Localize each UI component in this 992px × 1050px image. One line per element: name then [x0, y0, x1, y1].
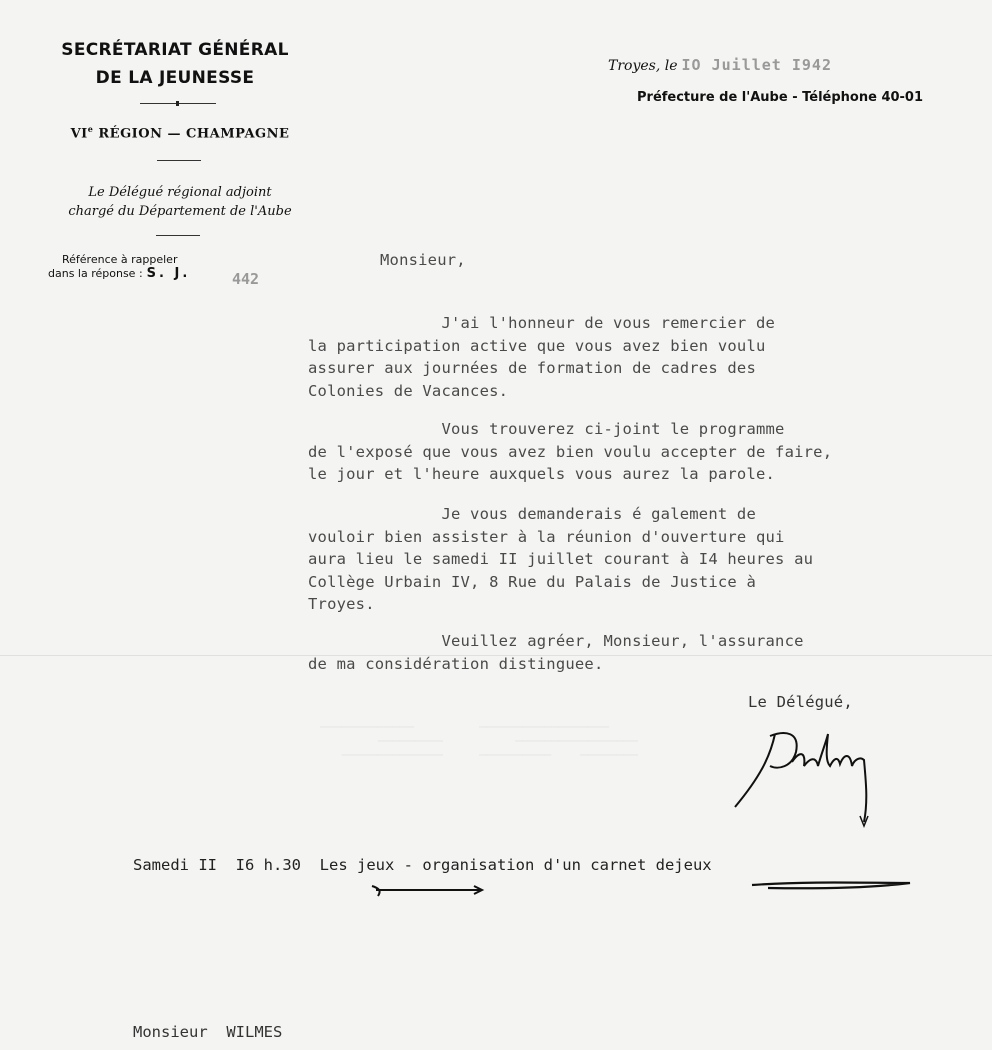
program-time: I6 h.30 — [236, 856, 301, 874]
letterhead-region: VIe RÉGION — CHAMPAGNE — [40, 124, 320, 141]
reference-label-line-1: Référence à rappeler — [48, 253, 190, 267]
letter-date: IO Juillet I942 — [682, 56, 832, 74]
letterhead-organization: SECRÉTARIAT GÉNÉRAL DE LA JEUNESSE — [40, 36, 310, 92]
recipient: Monsieur WILMES — [133, 1023, 282, 1041]
salutation: Monsieur, — [380, 249, 466, 272]
reference-block: Référence à rappeler dans la réponse :S.… — [48, 253, 190, 281]
delegue-line-2: chargé du Département de l'Aube — [40, 202, 320, 221]
program-line: Samedi II I6 h.30 Les jeux - organisatio… — [133, 856, 712, 874]
ornament-divider — [156, 235, 200, 236]
paragraph-programme: Vous trouverez ci-joint le programme de … — [308, 418, 832, 486]
paragraph-closing: Veuillez agréer, Monsieur, l'assurance d… — [308, 630, 804, 675]
reference-number: 442 — [232, 270, 259, 288]
paragraph-meeting: Je vous demanderais é galement de vouloi… — [308, 503, 813, 616]
reference-code: S. J. — [147, 266, 191, 281]
prefecture-line: Préfecture de l'Aube - Téléphone 40-01 — [637, 90, 923, 105]
bleed-through-text: ───────────── ────────────────── ───────… — [320, 720, 638, 762]
ornament-dot — [176, 101, 179, 106]
reference-label-line-2: dans la réponse : — [48, 267, 143, 280]
paragraph-thanks: J'ai l'honneur de vous remercier de la p… — [308, 312, 775, 402]
place-prefix: Troyes, le — [608, 58, 678, 74]
date-line: Troyes, leIO Juillet I942 — [608, 56, 832, 74]
delegue-line-1: Le Délégué régional adjoint — [40, 183, 320, 202]
handwritten-underline-arrow — [370, 880, 490, 900]
program-topic: Les jeux - organisation d'un carnet deje… — [320, 856, 712, 874]
region-rest: RÉGION — CHAMPAGNE — [93, 126, 289, 141]
handwritten-signature — [730, 722, 880, 832]
organization-line-2: DE LA JEUNESSE — [40, 64, 310, 92]
ornament-divider — [157, 160, 201, 161]
region-prefix: VI — [71, 126, 88, 141]
organization-line-1: SECRÉTARIAT GÉNÉRAL — [40, 36, 310, 64]
signoff: Le Délégué, — [748, 691, 853, 714]
handwritten-underline — [748, 875, 918, 895]
program-day: Samedi II — [133, 856, 217, 874]
letterhead-delegue: Le Délégué régional adjoint chargé du Dé… — [40, 183, 320, 221]
